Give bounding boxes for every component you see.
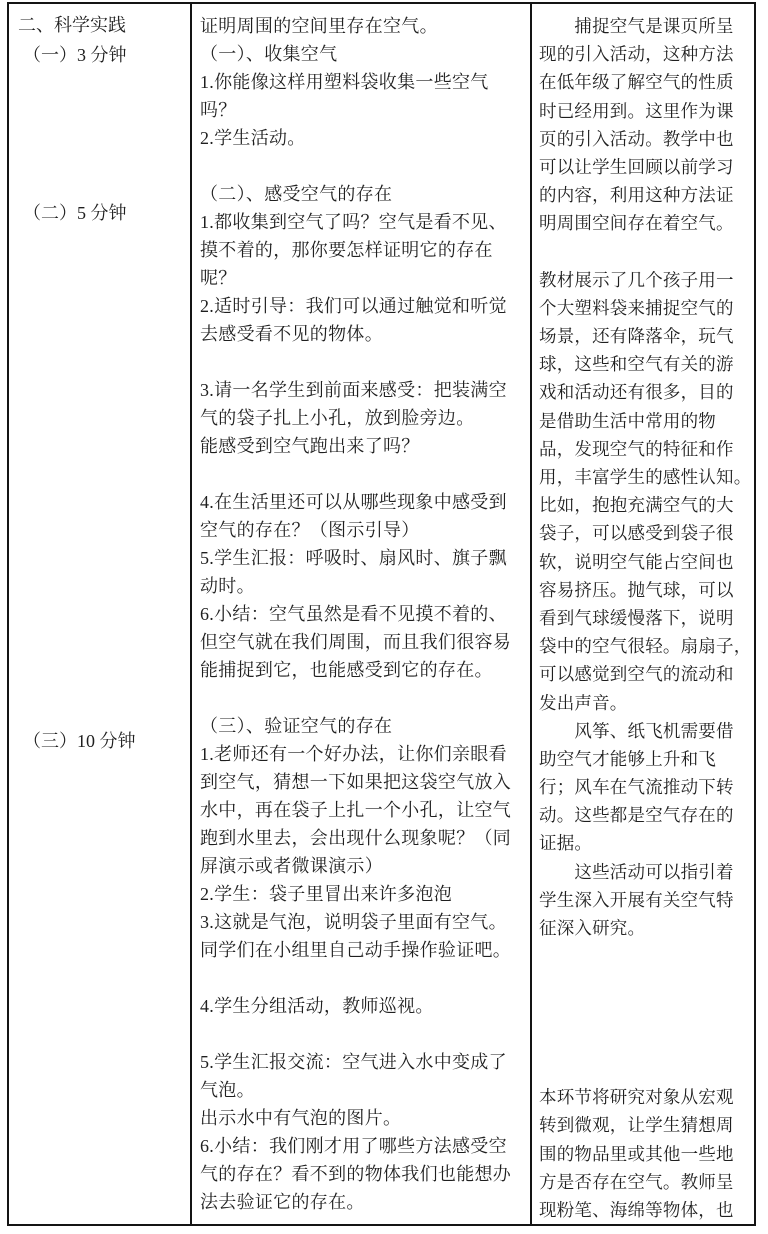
- text-line: [200, 152, 526, 180]
- text-line: （三）、验证空气的存在: [200, 712, 526, 740]
- time-marker-2: （二）5 分钟: [23, 200, 127, 226]
- text-line: 3.这就是气泡，说明袋子里面有空气。: [200, 908, 526, 936]
- text-line: 1.都收集到空气了吗？空气是看不见、: [200, 208, 526, 236]
- text-line: 5.学生汇报交流：空气进入水中变成了: [200, 1048, 526, 1076]
- text-line: 5.学生汇报：呼吸时、扇风时、旗子飘: [200, 544, 526, 572]
- text-line: [200, 964, 526, 992]
- text-line: 到空气，猜想一下如果把这袋空气放入: [200, 768, 526, 796]
- text-line: 6.小结：空气虽然是看不见摸不着的、: [200, 600, 526, 628]
- text-line: 页的引入活动。教学中也: [539, 125, 752, 153]
- lesson-plan-table: 二、科学实践 （一）3 分钟 （二）5 分钟 （三）10 分钟 证明周围的空间里…: [7, 2, 756, 1226]
- text-line: [200, 1020, 526, 1048]
- time-marker-1: （一）3 分钟: [23, 42, 127, 68]
- text-line: 动时。: [200, 572, 526, 600]
- text-line: 的内容，利用这种方法证: [539, 181, 752, 209]
- time-marker-3: （三）10 分钟: [23, 728, 136, 754]
- text-line: 这些活动可以指引着: [539, 858, 752, 886]
- text-line: 但空气就在我们周围，而且我们很容易: [200, 628, 526, 656]
- text-line: 证据。: [539, 829, 752, 857]
- text-line: 2.学生：袋子里冒出来许多泡泡: [200, 880, 526, 908]
- text-line: 发出声音。: [539, 689, 752, 717]
- text-line: [539, 1055, 752, 1083]
- text-line: [200, 348, 526, 376]
- text-line: 比如，抱抱充满空气的大: [539, 491, 752, 519]
- text-line: 方是否存在空气。教师呈: [539, 1168, 752, 1196]
- text-line: 时已经用到。这里作为课: [539, 97, 752, 125]
- text-line: 2.适时引导：我们可以通过触觉和听觉: [200, 292, 526, 320]
- text-line: 本环节将研究对象从宏观: [539, 1083, 752, 1111]
- text-line: 水中，再在袋子上扎一个小孔，让空气: [200, 796, 526, 824]
- text-line: 去感受看不见的物体。: [200, 320, 526, 348]
- text-line: 动。这些都是空气存在的: [539, 801, 752, 829]
- column-time-allocation: 二、科学实践 （一）3 分钟 （二）5 分钟 （三）10 分钟: [9, 4, 192, 1224]
- text-line: 转到微观，让学生猜想周: [539, 1111, 752, 1139]
- text-line: 在低年级了解空气的性质: [539, 68, 752, 96]
- text-line: 看到气球缓慢落下，说明: [539, 604, 752, 632]
- text-line: 法去验证它的存在。: [200, 1188, 526, 1216]
- text-line: 跑到水里去，会出现什么现象呢？（同: [200, 824, 526, 852]
- text-line: 是借助生活中常用的物: [539, 407, 752, 435]
- text-line: 1.你能像这样用塑料袋收集一些空气: [200, 68, 526, 96]
- text-line: [200, 460, 526, 488]
- text-line: 容易挤压。抛气球，可以: [539, 576, 752, 604]
- text-line: [539, 238, 752, 266]
- text-line: 气的袋子扎上小孔，放到脸旁边。: [200, 404, 526, 432]
- text-line: 行；风车在气流推动下转: [539, 773, 752, 801]
- text-line: 品，发现空气的特征和作: [539, 435, 752, 463]
- text-line: 个大塑料袋来捕捉空气的: [539, 294, 752, 322]
- text-line: 4.在生活里还可以从哪些现象中感受到: [200, 488, 526, 516]
- text-line: 捕捉空气是课页所呈: [539, 12, 752, 40]
- text-line: 气泡。: [200, 1076, 526, 1104]
- text-line: （二）、感受空气的存在: [200, 180, 526, 208]
- text-line: 可以让学生回顾以前学习: [539, 153, 752, 181]
- text-line: 摸不着的，那你要怎样证明它的存在: [200, 236, 526, 264]
- text-line: 风筝、纸飞机需要借: [539, 717, 752, 745]
- text-line: 空气的存在？（图示引导）: [200, 516, 526, 544]
- text-line: 征深入研究。: [539, 914, 752, 942]
- text-line: 6.小结：我们刚才用了哪些方法感受空: [200, 1132, 526, 1160]
- text-line: [539, 999, 752, 1027]
- text-line: 屏演示或者微课演示）: [200, 852, 526, 880]
- text-line: 可以感觉到空气的流动和: [539, 660, 752, 688]
- column-teaching-process: 证明周围的空间里存在空气。（一）、收集空气1.你能像这样用塑料袋收集一些空气吗？…: [192, 4, 532, 1224]
- text-line: [539, 970, 752, 998]
- text-line: 现的引入活动，这种方法: [539, 40, 752, 68]
- text-line: 戏和活动还有很多，目的: [539, 378, 752, 406]
- text-line: [539, 942, 752, 970]
- text-line: 2.学生活动。: [200, 124, 526, 152]
- text-line: [539, 1027, 752, 1055]
- text-line: 出示水中有气泡的图片。: [200, 1104, 526, 1132]
- text-line: 学生深入开展有关空气特: [539, 886, 752, 914]
- text-line: [200, 684, 526, 712]
- text-line: 场景，还有降落伞，玩气: [539, 322, 752, 350]
- text-line: 球，这些和空气有关的游: [539, 350, 752, 378]
- text-line: 证明周围的空间里存在空气。: [200, 12, 526, 40]
- text-line: 吗？: [200, 96, 526, 124]
- text-line: 呢？: [200, 264, 526, 292]
- text-line: 4.学生分组活动，教师巡视。: [200, 992, 526, 1020]
- text-line: （一）、收集空气: [200, 40, 526, 68]
- text-line: 软，说明空气能占空间也: [539, 548, 752, 576]
- text-line: 教材展示了几个孩子用一: [539, 266, 752, 294]
- section-title: 二、科学实践: [18, 12, 126, 38]
- text-line: 助空气才能够上升和飞: [539, 745, 752, 773]
- text-line: 3.请一名学生到前面来感受：把装满空: [200, 376, 526, 404]
- text-line: 能感受到空气跑出来了吗？: [200, 432, 526, 460]
- text-line: 围的物品里或其他一些地: [539, 1140, 752, 1168]
- text-line: 同学们在小组里自己动手操作验证吧。: [200, 936, 526, 964]
- text-line: 气的存在？看不到的物体我们也能想办: [200, 1160, 526, 1188]
- text-line: 用，丰富学生的感性认知。: [539, 463, 752, 491]
- text-line: 现粉笔、海绵等物体，也: [539, 1196, 752, 1224]
- column-commentary: 捕捉空气是课页所呈现的引入活动，这种方法在低年级了解空气的性质时已经用到。这里作…: [532, 4, 754, 1224]
- text-line: 1.老师还有一个好办法，让你们亲眼看: [200, 740, 526, 768]
- text-line: 袋中的空气很轻。扇扇子，: [539, 632, 752, 660]
- text-line: 明周围空间存在着空气。: [539, 209, 752, 237]
- text-line: 袋子，可以感受到袋子很: [539, 519, 752, 547]
- text-line: 能捕捉到它，也能感受到它的存在。: [200, 656, 526, 684]
